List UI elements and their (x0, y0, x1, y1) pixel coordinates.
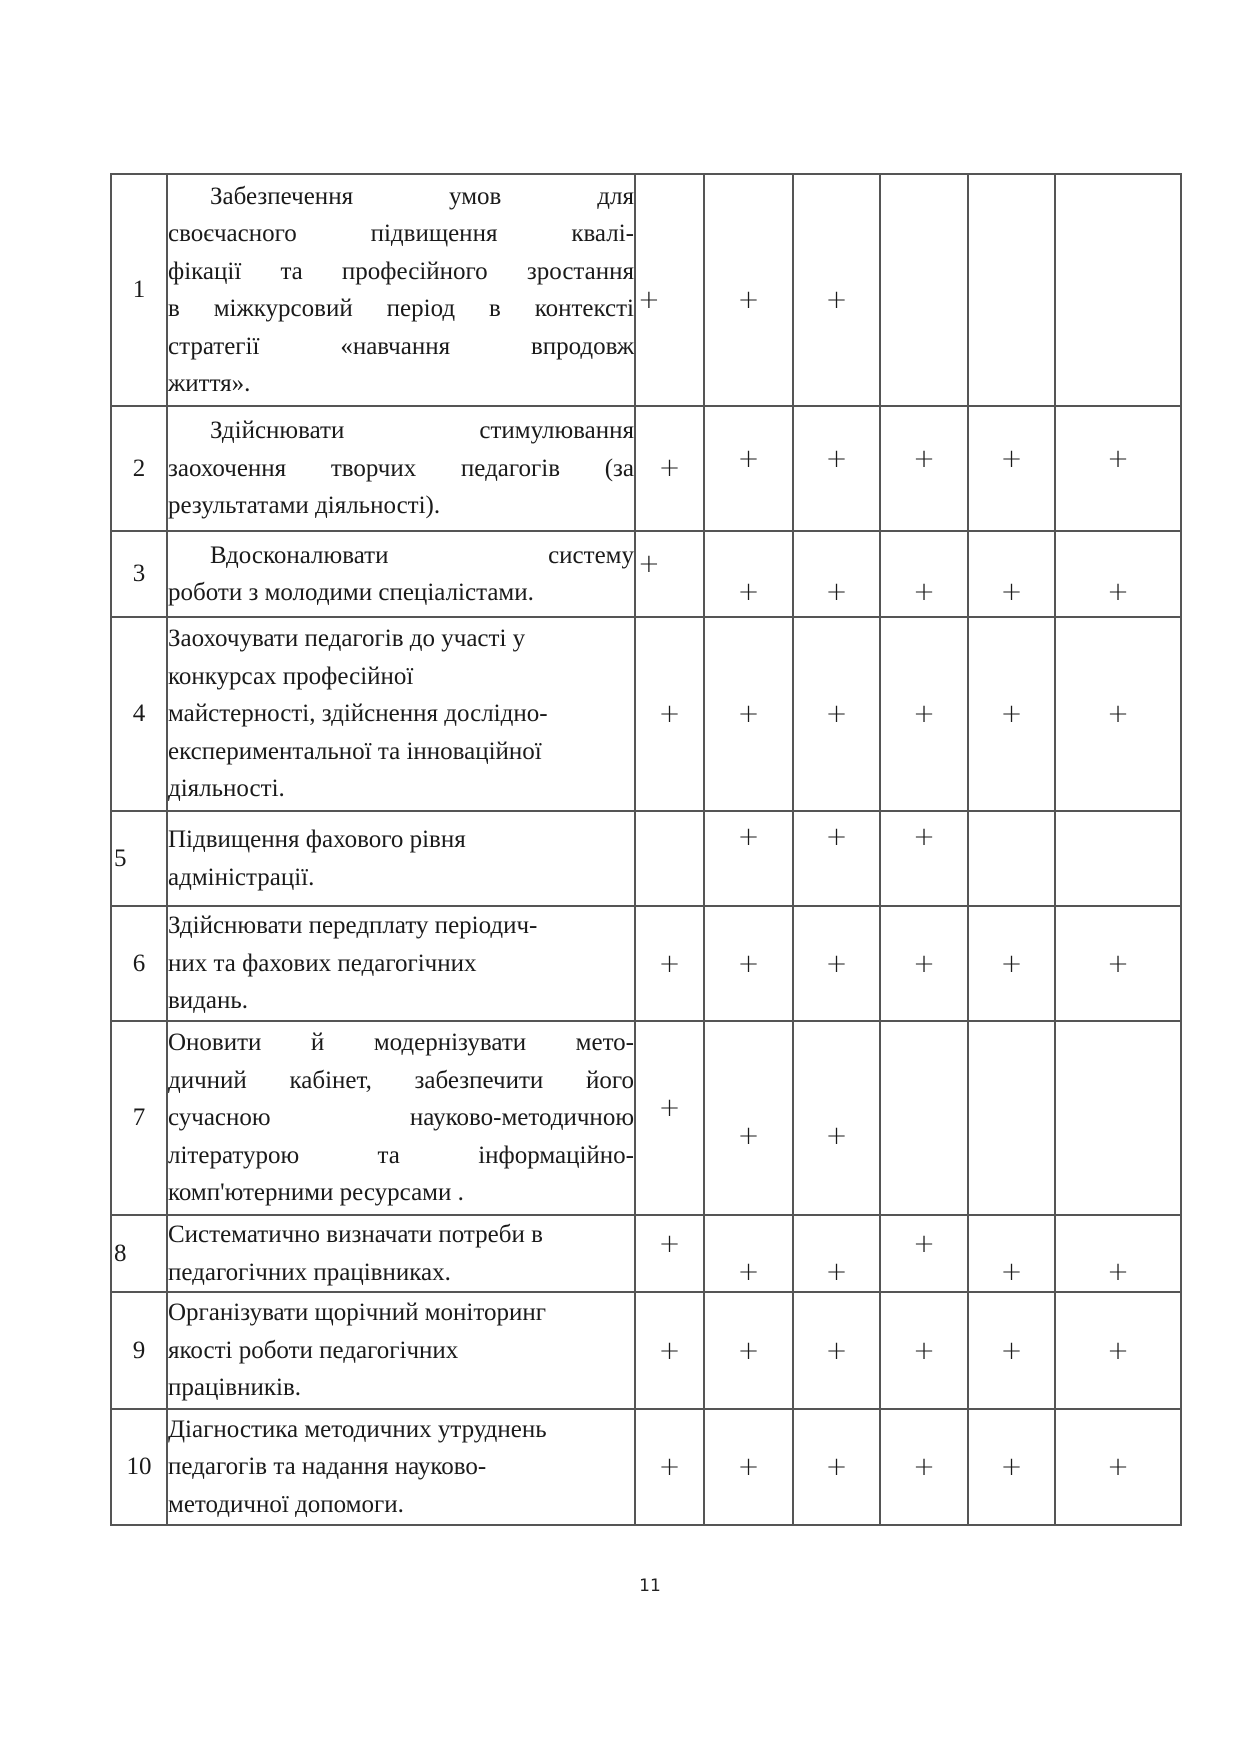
mark-cell: + (968, 617, 1055, 811)
mark-cell: + (704, 1409, 793, 1525)
text-line: Забезпечення умов для (168, 178, 634, 216)
mark-cell: + (880, 531, 968, 617)
mark-cell: + (793, 811, 880, 906)
table-row: 1Забезпечення умов длясвоєчасного підвищ… (111, 174, 1181, 406)
plus-mark: + (1056, 1336, 1180, 1366)
measure-text: Заохочувати педагогів до участі уконкурс… (167, 617, 635, 811)
plus-mark: + (705, 1121, 792, 1151)
text-line: методичної допомоги. (168, 1486, 634, 1524)
plus-mark: + (638, 549, 703, 579)
text-line: них та фахових педагогічних (168, 945, 634, 983)
text-line: педагогів та надання науково- (168, 1448, 634, 1486)
mark-cell: + (635, 1292, 704, 1409)
mark-cell: + (968, 1215, 1055, 1292)
table-row: 10Діагностика методичних утрудненьпедаго… (111, 1409, 1181, 1525)
text-line: працівників. (168, 1369, 634, 1407)
mark-cell: + (1055, 1215, 1181, 1292)
plus-mark: + (794, 444, 879, 474)
mark-cell: + (1055, 406, 1181, 531)
mark-cell: + (968, 1292, 1055, 1409)
plus-mark: + (636, 699, 703, 729)
measure-text: Здійснювати передплату періодич-них та ф… (167, 906, 635, 1021)
mark-cell: + (793, 617, 880, 811)
plus-mark: + (1056, 1257, 1180, 1287)
plus-mark: + (1056, 949, 1180, 979)
text-line: Підвищення фахового рівня (168, 821, 634, 859)
plus-mark: + (705, 577, 792, 607)
plus-mark: + (705, 285, 792, 315)
table-row: 2Здійснювати стимулюваннязаохочення твор… (111, 406, 1181, 531)
mark-cell: + (1055, 531, 1181, 617)
plus-mark: + (881, 1336, 967, 1366)
plus-mark: + (969, 444, 1054, 474)
table-row: 6Здійснювати передплату періодич-них та … (111, 906, 1181, 1021)
plus-mark: + (881, 1229, 967, 1259)
plus-mark: + (969, 949, 1054, 979)
mark-cell: + (793, 531, 880, 617)
plus-mark: + (705, 822, 792, 852)
plus-mark: + (881, 699, 967, 729)
measure-text: Оновити й модернізувати мето-дичний кабі… (167, 1021, 635, 1215)
plus-mark: + (794, 285, 879, 315)
mark-cell: + (635, 531, 704, 617)
text-line: адміністрації. (168, 859, 634, 897)
text-line: Систематично визначати потреби в (168, 1216, 634, 1254)
mark-cell: + (880, 406, 968, 531)
mark-cell: + (793, 406, 880, 531)
plus-mark: + (1056, 699, 1180, 729)
text-line: в міжкурсовий період в контексті (168, 290, 634, 328)
plus-mark: + (636, 453, 703, 483)
mark-cell: + (1055, 906, 1181, 1021)
row-number: 4 (111, 617, 167, 811)
row-number: 10 (111, 1409, 167, 1525)
text-line: роботи з молодими спеціалістами. (168, 574, 634, 612)
table-row: 5Підвищення фахового рівняадміністрації.… (111, 811, 1181, 906)
text-line: Заохочувати педагогів до участі у (168, 620, 634, 658)
mark-cell: + (1055, 617, 1181, 811)
text-line: Здійснювати передплату періодич- (168, 907, 634, 945)
text-line: експериментальної та інноваційної (168, 733, 634, 771)
plus-mark: + (881, 949, 967, 979)
mark-cell (968, 1021, 1055, 1215)
row-number: 7 (111, 1021, 167, 1215)
mark-cell (968, 174, 1055, 406)
plus-mark: + (794, 1121, 879, 1151)
mark-cell: + (880, 1292, 968, 1409)
table-row: 8Систематично визначати потреби впедагог… (111, 1215, 1181, 1292)
mark-cell (880, 174, 968, 406)
mark-cell: + (793, 174, 880, 406)
page-number: 11 (600, 1576, 700, 1596)
plus-mark: + (1056, 1452, 1180, 1482)
plus-mark: + (1056, 577, 1180, 607)
plus-mark: + (794, 1257, 879, 1287)
plus-mark: + (636, 1093, 703, 1123)
mark-cell: + (635, 174, 704, 406)
row-number: 3 (111, 531, 167, 617)
mark-cell (968, 811, 1055, 906)
plus-mark: + (969, 699, 1054, 729)
measure-text: Вдосконалювати системуроботи з молодими … (167, 531, 635, 617)
text-line: Діагностика методичних утруднень (168, 1411, 634, 1449)
table-row: 7Оновити й модернізувати мето-дичний каб… (111, 1021, 1181, 1215)
row-number: 1 (111, 174, 167, 406)
measure-text: Забезпечення умов длясвоєчасного підвище… (167, 174, 635, 406)
row-number: 6 (111, 906, 167, 1021)
mark-cell: + (704, 617, 793, 811)
measure-text: Діагностика методичних утрудненьпедагогі… (167, 1409, 635, 1525)
row-number: 9 (111, 1292, 167, 1409)
text-line: майстерності, здійснення дослідно- (168, 695, 634, 733)
text-line: дичний кабінет, забезпечити його (168, 1062, 634, 1100)
text-line: Вдосконалювати систему (168, 537, 634, 575)
text-line: педагогічних працівниках. (168, 1254, 634, 1292)
mark-cell: + (635, 406, 704, 531)
mark-cell: + (880, 1409, 968, 1525)
text-line: літературою та інформаційно- (168, 1137, 634, 1175)
text-line: стратегії «навчання впродовж (168, 328, 634, 366)
plus-mark: + (794, 949, 879, 979)
text-line: результатами діяльності). (168, 487, 634, 525)
mark-cell: + (704, 906, 793, 1021)
text-line: видань. (168, 982, 634, 1020)
text-line: фікації та професійного зростання (168, 253, 634, 291)
mark-cell: + (704, 174, 793, 406)
mark-cell: + (793, 1292, 880, 1409)
mark-cell: + (968, 531, 1055, 617)
mark-cell: + (880, 906, 968, 1021)
mark-cell: + (704, 406, 793, 531)
text-line: Оновити й модернізувати мето- (168, 1024, 634, 1062)
plus-mark: + (794, 1452, 879, 1482)
plus-mark: + (969, 577, 1054, 607)
document-page: 1Забезпечення умов длясвоєчасного підвищ… (0, 0, 1240, 1754)
plus-mark: + (794, 699, 879, 729)
mark-cell (1055, 174, 1181, 406)
table-row: 3Вдосконалювати системуроботи з молодими… (111, 531, 1181, 617)
text-line: заохочення творчих педагогів (за (168, 450, 634, 488)
measure-text: Систематично визначати потреби впедагогі… (167, 1215, 635, 1292)
mark-cell (635, 811, 704, 906)
mark-cell: + (635, 617, 704, 811)
plus-mark: + (705, 1452, 792, 1482)
text-line: своєчасного підвищення квалі- (168, 215, 634, 253)
mark-cell: + (1055, 1409, 1181, 1525)
mark-cell: + (793, 1215, 880, 1292)
mark-cell: + (968, 406, 1055, 531)
plus-mark: + (969, 1257, 1054, 1287)
text-line: Організувати щорічний моніторинг (168, 1294, 634, 1332)
row-number: 5 (111, 811, 167, 906)
plus-mark: + (705, 1336, 792, 1366)
text-line: якості роботи педагогічних (168, 1332, 634, 1370)
plus-mark: + (636, 949, 703, 979)
mark-cell: + (968, 1409, 1055, 1525)
row-number: 8 (111, 1215, 167, 1292)
mark-cell: + (880, 811, 968, 906)
mark-cell: + (704, 531, 793, 617)
text-line: комп'ютерними ресурсами . (168, 1174, 634, 1212)
plus-mark: + (638, 285, 703, 315)
row-number: 2 (111, 406, 167, 531)
table-row: 9Організувати щорічний моніторингякості … (111, 1292, 1181, 1409)
mark-cell (880, 1021, 968, 1215)
plus-mark: + (1056, 444, 1180, 474)
mark-cell: + (704, 1215, 793, 1292)
mark-cell: + (635, 1021, 704, 1215)
plus-mark: + (881, 444, 967, 474)
plus-mark: + (881, 822, 967, 852)
plus-mark: + (705, 949, 792, 979)
plus-mark: + (636, 1336, 703, 1366)
plus-mark: + (969, 1452, 1054, 1482)
mark-cell: + (880, 1215, 968, 1292)
plus-mark: + (794, 1336, 879, 1366)
mark-cell (1055, 811, 1181, 906)
mark-cell: + (704, 1021, 793, 1215)
plus-mark: + (969, 1336, 1054, 1366)
plus-mark: + (636, 1229, 703, 1259)
mark-cell: + (793, 1021, 880, 1215)
text-line: життя». (168, 365, 634, 403)
mark-cell: + (704, 811, 793, 906)
plus-mark: + (881, 1452, 967, 1482)
plus-mark: + (794, 822, 879, 852)
mark-cell: + (635, 1215, 704, 1292)
plus-mark: + (636, 1452, 703, 1482)
mark-cell: + (635, 1409, 704, 1525)
mark-cell (1055, 1021, 1181, 1215)
measure-text: Підвищення фахового рівняадміністрації. (167, 811, 635, 906)
mark-cell: + (793, 1409, 880, 1525)
mark-cell: + (704, 1292, 793, 1409)
measure-text: Організувати щорічний моніторингякості р… (167, 1292, 635, 1409)
text-line: Здійснювати стимулювання (168, 412, 634, 450)
measure-text: Здійснювати стимулюваннязаохочення творч… (167, 406, 635, 531)
mark-cell: + (1055, 1292, 1181, 1409)
plus-mark: + (881, 577, 967, 607)
text-line: діяльності. (168, 770, 634, 808)
plus-mark: + (705, 699, 792, 729)
mark-cell: + (968, 906, 1055, 1021)
mark-cell: + (635, 906, 704, 1021)
plus-mark: + (705, 444, 792, 474)
text-line: конкурсах професійної (168, 658, 634, 696)
table-row: 4Заохочувати педагогів до участі уконкур… (111, 617, 1181, 811)
plus-mark: + (794, 577, 879, 607)
text-line: сучасною науково-методичною (168, 1099, 634, 1137)
measures-table: 1Забезпечення умов длясвоєчасного підвищ… (110, 173, 1182, 1526)
mark-cell: + (793, 906, 880, 1021)
plus-mark: + (705, 1257, 792, 1287)
mark-cell: + (880, 617, 968, 811)
